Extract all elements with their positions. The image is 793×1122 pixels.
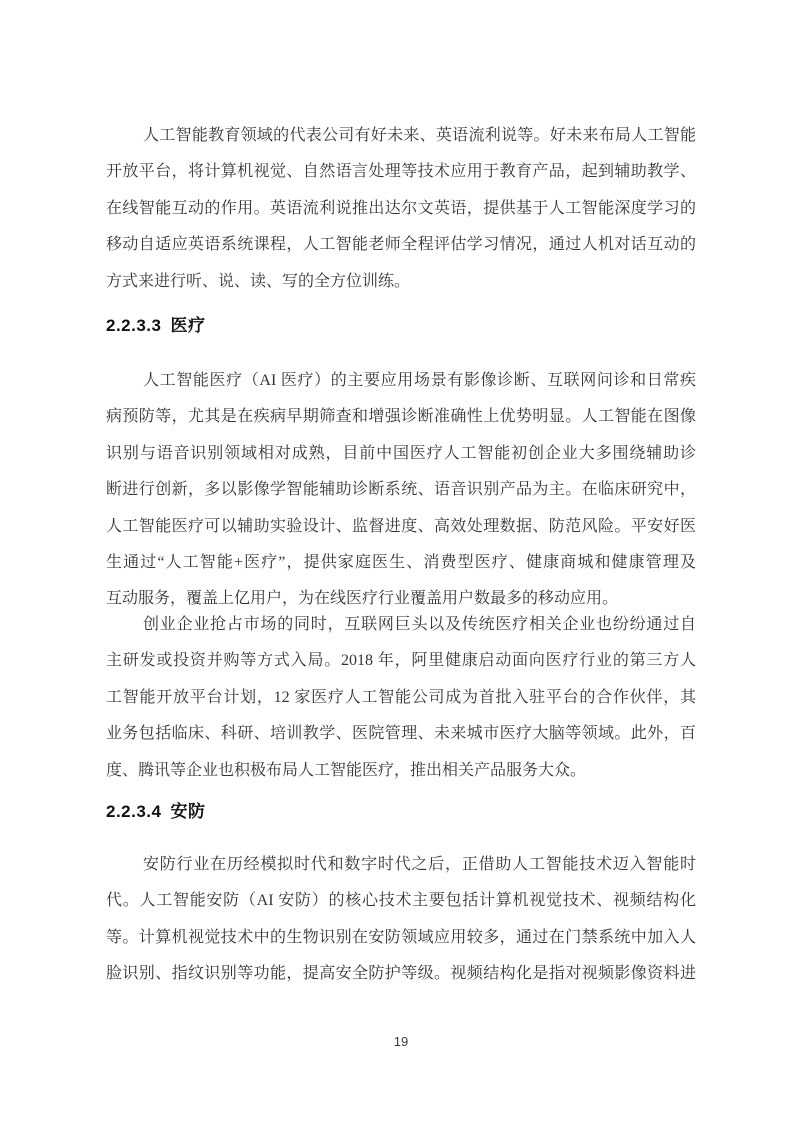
body-line: 主研发或投资并购等方式入局。2018 年，阿里健康启动面向医疗行业的第三方人 [106, 643, 696, 679]
body-line: 移动自适应英语系统课程，人工智能老师全程评估学习情况，通过人机对话互动的 [106, 227, 696, 263]
paragraph-medical-intro: 人工智能医疗（AI 医疗）的主要应用场景有影像诊断、互联网问诊和日常疾 病预防等… [106, 363, 696, 618]
heading-number: 2.2.3.3 [106, 316, 162, 335]
page-number: 19 [106, 1033, 696, 1051]
body-line: 安防行业在历经模拟时代和数字时代之后，正借助人工智能技术迈入智能时 [106, 847, 696, 883]
body-line: 病预防等，尤其是在疾病早期筛查和增强诊断准确性上优势明显。人工智能在图像 [106, 399, 696, 435]
body-line: 代。人工智能安防（AI 安防）的核心技术主要包括计算机视觉技术、视频结构化 [106, 883, 696, 919]
section-heading-medical: 2.2.3.3医疗 [106, 315, 696, 337]
body-line: 创业企业抢占市场的同时，互联网巨头以及传统医疗相关企业也纷纷通过自 [106, 607, 696, 643]
paragraph-education: 人工智能教育领域的代表公司有好未来、英语流利说等。好未来布局人工智能 开放平台，… [106, 118, 696, 300]
body-line: 脸识别、指纹识别等功能，提高安全防护等级。视频结构化是指对视频影像资料进 [106, 956, 696, 992]
paragraph-medical-market: 创业企业抢占市场的同时，互联网巨头以及传统医疗相关企业也纷纷通过自 主研发或投资… [106, 607, 696, 789]
heading-title: 安防 [171, 802, 206, 821]
body-line: 在线智能互动的作用。英语流利说推出达尔文英语，提供基于人工智能深度学习的 [106, 191, 696, 227]
heading-title: 医疗 [171, 316, 206, 335]
body-line: 等。计算机视觉技术中的生物识别在安防领域应用较多，通过在门禁系统中加入人 [106, 920, 696, 956]
body-line: 识别与语音识别领域相对成熟，目前中国医疗人工智能初创企业大多围绕辅助诊 [106, 436, 696, 472]
body-line: 断进行创新，多以影像学智能辅助诊断系统、语音识别产品为主。在临床研究中， [106, 472, 696, 508]
body-line: 人工智能医疗可以辅助实验设计、监督进度、高效处理数据、防范风险。平安好医 [106, 509, 696, 545]
body-line: 人工智能教育领域的代表公司有好未来、英语流利说等。好未来布局人工智能 [106, 118, 696, 154]
body-line: 人工智能医疗（AI 医疗）的主要应用场景有影像诊断、互联网问诊和日常疾 [106, 363, 696, 399]
heading-number: 2.2.3.4 [106, 802, 162, 821]
body-line: 生通过“人工智能+医疗”，提供家庭医生、消费型医疗、健康商城和健康管理及 [106, 545, 696, 581]
body-line: 工智能开放平台计划，12 家医疗人工智能公司成为首批入驻平台的合作伙伴，其 [106, 680, 696, 716]
document-page: 人工智能教育领域的代表公司有好未来、英语流利说等。好未来布局人工智能 开放平台，… [0, 0, 793, 1122]
paragraph-security: 安防行业在历经模拟时代和数字时代之后，正借助人工智能技术迈入智能时 代。人工智能… [106, 847, 696, 993]
body-line: 业务包括临床、科研、培训教学、医院管理、未来城市医疗大脑等领域。此外，百 [106, 716, 696, 752]
body-line: 开放平台，将计算机视觉、自然语言处理等技术应用于教育产品，起到辅助教学、 [106, 154, 696, 190]
body-line: 方式来进行听、说、读、写的全方位训练。 [106, 264, 696, 300]
body-line: 度、腾讯等企业也积极布局人工智能医疗，推出相关产品服务大众。 [106, 753, 696, 789]
section-heading-security: 2.2.3.4安防 [106, 801, 696, 823]
